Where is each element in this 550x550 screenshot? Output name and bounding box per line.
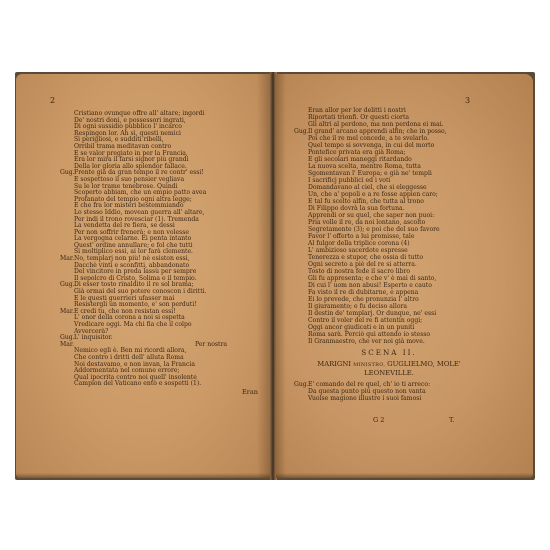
page-number-right: 3 xyxy=(465,96,470,105)
line-text: Pontefice privata era già Roma; xyxy=(308,149,406,156)
line-text: Ei lo prevede, che pronunzia l' altro xyxy=(308,296,419,303)
line-text: Riportati trionfi. Or questi ciorta xyxy=(308,114,409,121)
verse-line: Contro il voler del re fi attentin oggi; xyxy=(294,317,484,324)
verse-line: Di Filippo dovrà la sua fortuna. xyxy=(294,205,484,212)
line-text: Segretamente (3); e poi che del suo favo… xyxy=(308,226,440,233)
speaker-label: Gug. xyxy=(60,282,74,289)
line-text: Di cui l' uom non abusi! Esperto e cauto xyxy=(308,282,432,289)
line-text: E tal fu scelto alfin, che tutta al tron… xyxy=(308,198,424,205)
verse-line: Da questa punto più questo non vanta xyxy=(294,388,484,395)
line-text: Roma sarà. Perciò qui attendo io stesso xyxy=(308,331,430,338)
line-text: Di Filippo dovrà la sua fortuna. xyxy=(308,205,405,212)
line-text: Al fulgor della triplice corona (4) xyxy=(308,240,410,247)
line-text: La nuova scelta, mentre Roma, tutta xyxy=(308,163,421,170)
speech-line-with-speaker: Gug.L' inquisitor. xyxy=(60,335,207,342)
line-text: Poi che il re mel concede, a te svelarlo… xyxy=(308,135,429,142)
verse-line: Domandavano al ciel, che si eleggesse xyxy=(294,184,484,191)
verse-line: E tal fu scelto alfin, che tutta al tron… xyxy=(294,198,484,205)
verse-line: Fa visto il re di dubitarne, e appena xyxy=(294,289,484,296)
line-text: Un, che a' popoli e a re fosse appien ca… xyxy=(308,191,438,198)
verse-line: La nuova scelta, mentre Roma, tutta xyxy=(294,163,484,170)
verse-line: Riportati trionfi. Or questi ciorta xyxy=(294,114,484,121)
verse-line: Al fulgor della triplice corona (4) xyxy=(294,240,484,247)
line-text: Oggi ancor giudicati e in un puniti xyxy=(308,324,414,331)
line-text: E' comando del re quel, ch' io ti arreco… xyxy=(308,381,430,388)
verse-line: Ei lo prevede, che pronunzia l' altro xyxy=(294,296,484,303)
line-text: Ogni secreto a piè del re si atterra. xyxy=(308,261,417,268)
line-text: Favor l' offerto a lui promisse, tale xyxy=(308,233,414,240)
line-text: Il giuramento; e fu deciso allora xyxy=(308,303,407,310)
line-text: Campion del Vaticano entò e sospetti (1)… xyxy=(74,380,201,387)
line-text: Domandavano al ciel, che si eleggesse xyxy=(308,184,427,191)
speaker-label: Gug. xyxy=(60,170,74,177)
line-text: Quel tempo si sovvenga, in cui del morto xyxy=(308,142,434,149)
verse-line: Pria volle il re, da noi lontano, ascolt… xyxy=(294,219,484,226)
speech-line-with-speaker: Gug.E' comando del re quel, ch' io ti ar… xyxy=(294,381,484,388)
speech-line-with-speaker: Mar.Per nostra xyxy=(60,342,207,349)
verse-line: Favor l' offerto a lui promisse, tale xyxy=(294,233,484,240)
line-text: Da questa punto più questo non vanta xyxy=(308,388,426,395)
speaker-label: Gug. xyxy=(294,381,308,388)
line-text: Il Granmaestro, che ver noi già move. xyxy=(308,338,425,345)
line-text: Gli altri al perdono, ma non perdona ei … xyxy=(308,121,444,128)
line-text: L' ambizioso sacerdote espresse xyxy=(308,247,408,254)
verse-line: Un, che a' popoli e a re fosse appien ca… xyxy=(294,191,484,198)
right-page-text: Eran allor per lor delitti i nostriRipor… xyxy=(294,107,484,402)
verse-line: Ogni secreto a piè del re si atterra. xyxy=(294,261,484,268)
left-page-bottom-edge xyxy=(16,473,271,478)
line-text: L' inquisitor. xyxy=(74,334,113,341)
line-text: Il destin de' templarj. Or dunque, ne' e… xyxy=(308,310,436,317)
verse-line: Tenerezza e stupor, che ossia di tutto xyxy=(294,254,484,261)
page-number-left: 2 xyxy=(50,96,55,105)
cast-name-last: LEONEVILLE. xyxy=(364,369,414,377)
speaker-label: Mar. xyxy=(60,342,74,349)
verse-line: Gli fu appresenta; e che v' è mai di san… xyxy=(294,275,484,282)
cast-role: MINISTRO, xyxy=(353,362,387,368)
speech-line-with-speaker: Gug.Il grand' arcano apprendi alfin; che… xyxy=(294,128,484,135)
verse-line: Segretamente (3); e poi che del suo favo… xyxy=(294,226,484,233)
catchword-right: T. xyxy=(449,416,454,424)
left-page: 2 Cristiano ovunque offre all' altare; i… xyxy=(16,74,271,478)
cast-names: GUGLIELMO, MOLE' xyxy=(387,360,461,368)
line-text: Gli fu appresenta; e che v' è mai di san… xyxy=(308,275,436,282)
cast-list: MARIGNI MINISTRO, GUGLIELMO, MOLE'LEONEV… xyxy=(294,360,484,377)
verse-line: Oggi ancor giudicati e in un puniti xyxy=(294,324,484,331)
line-text: E gli secolari maneggi ritardando xyxy=(308,156,412,163)
line-text: Vuolse magione illustre i suoi famosi xyxy=(308,395,421,402)
line-text: Pria volle il re, da noi lontano, ascolt… xyxy=(308,219,425,226)
right-page: 3 Eran allor per lor delitti i nostriRip… xyxy=(276,74,533,478)
line-text: Tenerezza e stupor, che ossia di tutto xyxy=(308,254,423,261)
line-text-continuation: Per nostra xyxy=(195,342,227,349)
verse-line: Campion del Vaticano entò e sospetti (1)… xyxy=(60,381,207,388)
right-page-bottom-edge xyxy=(276,473,533,478)
verse-line: Eran allor per lor delitti i nostri xyxy=(294,107,484,114)
speaker-label: Mar. xyxy=(60,309,74,316)
verse-line: E gli secolari maneggi ritardando xyxy=(294,156,484,163)
verse-line: Sgomentavan l' Europa; e già ne' templi xyxy=(294,170,484,177)
line-text: Fa visto il re di dubitarne, e appena xyxy=(308,289,418,296)
verse-line: Poi che il re mel concede, a te svelarlo… xyxy=(294,135,484,142)
signature-mark: G 2 xyxy=(373,416,384,424)
catchword-left: Eran xyxy=(242,388,258,396)
line-text: Tosto di nostra fede il sacro libro xyxy=(308,268,410,275)
verse-line: Vuolse magione illustre i suoi famosi xyxy=(294,395,484,402)
line-text: Il grand' arcano apprendi alfin; che in … xyxy=(308,128,447,135)
scene-heading: SCENA II. xyxy=(294,349,484,360)
verse-line: L' ambizioso sacerdote espresse xyxy=(294,247,484,254)
line-text: Contro il voler del re fi attentin oggi; xyxy=(308,317,422,324)
verse-line: Roma sarà. Perciò qui attendo io stesso xyxy=(294,331,484,338)
speaker-label: Mar. xyxy=(60,256,74,263)
verse-line: Il Granmaestro, che ver noi già move. xyxy=(294,338,484,345)
verse-line: Quel tempo si sovvenga, in cui del morto xyxy=(294,142,484,149)
verse-line: Pontefice privata era già Roma; xyxy=(294,149,484,156)
left-page-text: Cristiano ovunque offre all' altare; ing… xyxy=(60,111,207,388)
line-text: Apprendi or su quel, che saper non puoi: xyxy=(308,212,434,219)
line-text: Eran allor per lor delitti i nostri xyxy=(308,107,406,114)
verse-line: Tosto di nostra fede il sacro libro xyxy=(294,268,484,275)
left-page-gutter-shadow xyxy=(257,74,271,478)
verse-line: Il giuramento; e fu deciso allora xyxy=(294,303,484,310)
right-page-gutter-shadow xyxy=(276,74,286,478)
line-text: Sgomentavan l' Europa; e già ne' templi xyxy=(308,170,432,177)
speaker-label: Gug. xyxy=(294,128,308,135)
verse-line: Gli altri al perdono, ma non perdona ei … xyxy=(294,121,484,128)
verse-line: I sacrificj pubblici ed i voti xyxy=(294,177,484,184)
line-text: I sacrificj pubblici ed i voti xyxy=(308,177,390,184)
verse-line: Il destin de' templarj. Or dunque, ne' e… xyxy=(294,310,484,317)
verse-line: Apprendi or su quel, che saper non puoi: xyxy=(294,212,484,219)
cast-name: MARIGNI xyxy=(317,360,353,368)
verse-line: Di cui l' uom non abusi! Esperto e cauto xyxy=(294,282,484,289)
